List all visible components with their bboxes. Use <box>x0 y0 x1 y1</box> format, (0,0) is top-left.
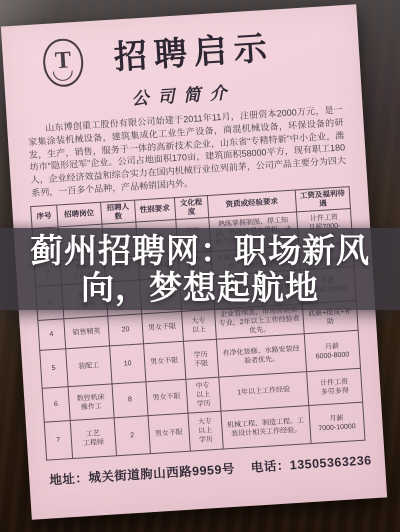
address-label: 地址： <box>49 471 89 487</box>
table-cell: 工艺 工程师 <box>70 418 117 459</box>
caption-line-1: 蓟州招聘网：职场新风 <box>30 232 370 269</box>
table-cell: 装配工 <box>65 346 112 387</box>
address-line: 地址：城关街道朐山西路9959号 <box>49 459 236 489</box>
table-cell: 男女不限 <box>148 414 190 454</box>
table-cell: 6 <box>42 387 70 423</box>
job-table: 序号招聘岗位招聘人数性别要求文化程度资质或经验要求工资及福利待遇 1焊工30男性… <box>30 186 365 461</box>
table-header-cell: 招聘人数 <box>101 200 136 225</box>
table-cell: 20 <box>108 314 143 346</box>
table-header-cell: 招聘岗位 <box>56 202 102 227</box>
phone-label: 电话： <box>250 459 290 475</box>
table-cell: 男女不限 <box>146 380 188 416</box>
table-header-cell: 性别要求 <box>134 197 175 222</box>
company-intro-paragraph: 山东博创重工股份有限公司始建于2011年11月，注册资本2000万元，是一家集涂… <box>27 103 347 199</box>
table-cell: 销售精英 <box>63 316 109 349</box>
table-cell: 机械工程、制造工程、工装设计相关工作经验。 <box>221 406 311 449</box>
table-cell: 数控机床 操作工 <box>68 384 115 421</box>
table-cell: 10 <box>110 344 146 384</box>
phone-value: 13505363236 <box>289 454 372 473</box>
address-value: 城关街道朐山西路9959号 <box>88 462 235 485</box>
table-cell: 2 <box>114 416 150 456</box>
table-cell: 大专 以上 <box>181 309 216 341</box>
table-cell: 8 <box>112 382 148 418</box>
table-cell: 中专 以上 学历 <box>185 378 221 414</box>
caption-line-2: 向，梦想起航地 <box>81 269 319 306</box>
table-cell: 学历 不限 <box>183 340 219 380</box>
table-header-cell: 文化程度 <box>174 195 209 220</box>
table-cell: 计件工资 多劳多得 <box>306 369 362 406</box>
logo-arc <box>53 70 74 81</box>
table-cell: 1年以上工作经验 <box>219 372 309 411</box>
overlay-caption-band: 蓟州招聘网：职场新风 向，梦想起航地 <box>0 228 400 310</box>
table-cell: 月薪 6000-8000 <box>304 331 361 372</box>
table-cell: 男女不限 <box>143 342 185 382</box>
table-cell: 大专 以上 学历 <box>188 411 224 451</box>
phone-line: 电话：13505363236 <box>250 451 372 477</box>
table-cell: 有净化装修、水路安装经验者优先。 <box>216 334 306 377</box>
table-cell: 月薪 7000-10000 <box>309 403 366 444</box>
table-header-cell: 序号 <box>31 205 58 229</box>
table-cell: 5 <box>40 349 68 389</box>
table-cell: 7 <box>44 421 72 461</box>
table-cell: 男女不限 <box>141 312 183 345</box>
table-cell: 4 <box>38 319 65 351</box>
